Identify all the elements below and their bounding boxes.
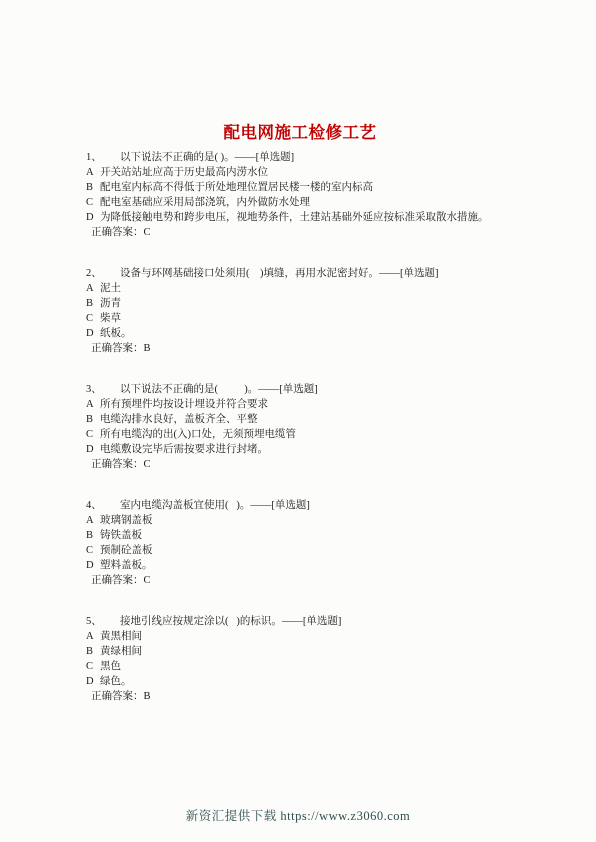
option-text: 泥土 (100, 283, 121, 294)
answer-label: 正确答案： (91, 575, 144, 586)
option-row: B沥青 (86, 296, 514, 311)
document-page: 配电网施工检修工艺 1、以下说法不正确的是( )。——[单选题] A开关站站址应… (0, 0, 596, 842)
question-number: 3、 (86, 382, 120, 397)
answer-label: 正确答案： (91, 343, 144, 354)
option-row: B黄绿相间 (86, 644, 514, 659)
option-key: A (86, 281, 100, 296)
question-block-1: 1、以下说法不正确的是( )。——[单选题] A开关站站址应高于历史最高内涝水位… (86, 150, 514, 240)
answer-label: 正确答案： (91, 227, 144, 238)
option-row: C预制砼盖板 (86, 543, 514, 558)
answer-line: 正确答案：C (86, 457, 514, 472)
option-row: D电缆敷设完毕后需按要求进行封堵。 (86, 442, 514, 457)
option-row: A泥土 (86, 281, 514, 296)
option-text: 纸板。 (100, 328, 132, 339)
option-text: 配电室内标高不得低于所处地理位置居民楼一楼的室内标高 (100, 182, 373, 193)
question-number: 4、 (86, 498, 120, 513)
option-row: D塑料盖板。 (86, 558, 514, 573)
answer-line: 正确答案：B (86, 341, 514, 356)
option-text: 黄黑相间 (100, 631, 142, 642)
question-number: 1、 (86, 150, 120, 165)
option-row: C柴草 (86, 311, 514, 326)
answer-value: B (144, 691, 151, 702)
option-text: 沥青 (100, 298, 121, 309)
question-stem: 以下说法不正确的是( )。——[单选题] (120, 152, 294, 163)
question-stem: 以下说法不正确的是( )。——[单选题] (120, 384, 318, 395)
question-block-2: 2、设备与环网基础接口处须用( )填缝，再用水泥密封好。——[单选题] A泥土 … (86, 266, 514, 356)
option-row: C配电室基础应采用局部浇筑，内外做防水处理 (86, 195, 514, 210)
answer-label: 正确答案： (91, 691, 144, 702)
option-row: D纸板。 (86, 326, 514, 341)
option-row: D为降低接触电势和跨步电压，视地势条件，土建站基础外延应按标准采取散水措施。 (86, 210, 514, 225)
option-key: C (86, 427, 100, 442)
question-number: 2、 (86, 266, 120, 281)
option-text: 玻璃钢盖板 (100, 515, 153, 526)
option-text: 绿色。 (100, 676, 132, 687)
document-content: 配电网施工检修工艺 1、以下说法不正确的是( )。——[单选题] A开关站站址应… (86, 122, 514, 730)
option-row: A黄黑相间 (86, 629, 514, 644)
option-text: 柴草 (100, 313, 121, 324)
question-number: 5、 (86, 614, 120, 629)
option-text: 所有预埋件均按设计埋设并符合要求 (100, 399, 268, 410)
option-text: 黑色 (100, 661, 121, 672)
option-row: A玻璃钢盖板 (86, 513, 514, 528)
option-text: 预制砼盖板 (100, 545, 153, 556)
option-row: B电缆沟排水良好，盖板齐全、平整 (86, 412, 514, 427)
option-key: C (86, 195, 100, 210)
option-key: A (86, 397, 100, 412)
option-key: D (86, 674, 100, 689)
answer-value: C (144, 459, 151, 470)
option-key: A (86, 513, 100, 528)
page-title: 配电网施工检修工艺 (86, 122, 514, 143)
option-row: D绿色。 (86, 674, 514, 689)
footer-text: 新资汇提供下载 https://www.z3060.com (186, 809, 410, 823)
option-key: D (86, 210, 100, 225)
question-header: 2、设备与环网基础接口处须用( )填缝，再用水泥密封好。——[单选题] (86, 266, 514, 281)
option-key: B (86, 412, 100, 427)
answer-value: C (144, 227, 151, 238)
option-text: 配电室基础应采用局部浇筑，内外做防水处理 (100, 197, 310, 208)
option-key: B (86, 180, 100, 195)
option-key: D (86, 442, 100, 457)
question-block-4: 4、室内电缆沟盖板宜使用( )。——[单选题] A玻璃钢盖板 B铸铁盖板 C预制… (86, 498, 514, 588)
question-header: 4、室内电缆沟盖板宜使用( )。——[单选题] (86, 498, 514, 513)
option-text: 塑料盖板。 (100, 560, 153, 571)
answer-label: 正确答案： (91, 459, 144, 470)
question-block-5: 5、接地引线应按规定涂以( )的标识。——[单选题] A黄黑相间 B黄绿相间 C… (86, 614, 514, 704)
answer-line: 正确答案：B (86, 689, 514, 704)
option-key: D (86, 326, 100, 341)
answer-value: B (144, 343, 151, 354)
option-text: 所有电缆沟的出(入)口处，无须预埋电缆管 (100, 429, 296, 440)
option-text: 为降低接触电势和跨步电压，视地势条件，土建站基础外延应按标准采取散水措施。 (100, 212, 489, 223)
option-key: A (86, 629, 100, 644)
option-key: C (86, 659, 100, 674)
option-text: 电缆敷设完毕后需按要求进行封堵。 (100, 444, 268, 455)
answer-line: 正确答案：C (86, 573, 514, 588)
option-key: B (86, 644, 100, 659)
option-key: D (86, 558, 100, 573)
option-text: 电缆沟排水良好，盖板齐全、平整 (100, 414, 258, 425)
answer-value: C (144, 575, 151, 586)
footer: 新资汇提供下载 https://www.z3060.com (0, 806, 596, 824)
option-text: 铸铁盖板 (100, 530, 142, 541)
option-row: A开关站站址应高于历史最高内涝水位 (86, 165, 514, 180)
option-row: B配电室内标高不得低于所处地理位置居民楼一楼的室内标高 (86, 180, 514, 195)
question-header: 5、接地引线应按规定涂以( )的标识。——[单选题] (86, 614, 514, 629)
option-key: B (86, 296, 100, 311)
option-text: 开关站站址应高于历史最高内涝水位 (100, 167, 268, 178)
question-stem: 室内电缆沟盖板宜使用( )。——[单选题] (120, 500, 310, 511)
option-row: B铸铁盖板 (86, 528, 514, 543)
question-block-3: 3、以下说法不正确的是( )。——[单选题] A所有预埋件均按设计埋设并符合要求… (86, 382, 514, 472)
question-header: 3、以下说法不正确的是( )。——[单选题] (86, 382, 514, 397)
option-key: A (86, 165, 100, 180)
answer-line: 正确答案：C (86, 225, 514, 240)
option-key: C (86, 543, 100, 558)
option-text: 黄绿相间 (100, 646, 142, 657)
option-row: C黑色 (86, 659, 514, 674)
question-stem: 设备与环网基础接口处须用( )填缝，再用水泥密封好。——[单选题] (120, 268, 439, 279)
option-row: C所有电缆沟的出(入)口处，无须预埋电缆管 (86, 427, 514, 442)
option-row: A所有预埋件均按设计埋设并符合要求 (86, 397, 514, 412)
question-stem: 接地引线应按规定涂以( )的标识。——[单选题] (120, 616, 341, 627)
question-header: 1、以下说法不正确的是( )。——[单选题] (86, 150, 514, 165)
option-key: B (86, 528, 100, 543)
option-key: C (86, 311, 100, 326)
